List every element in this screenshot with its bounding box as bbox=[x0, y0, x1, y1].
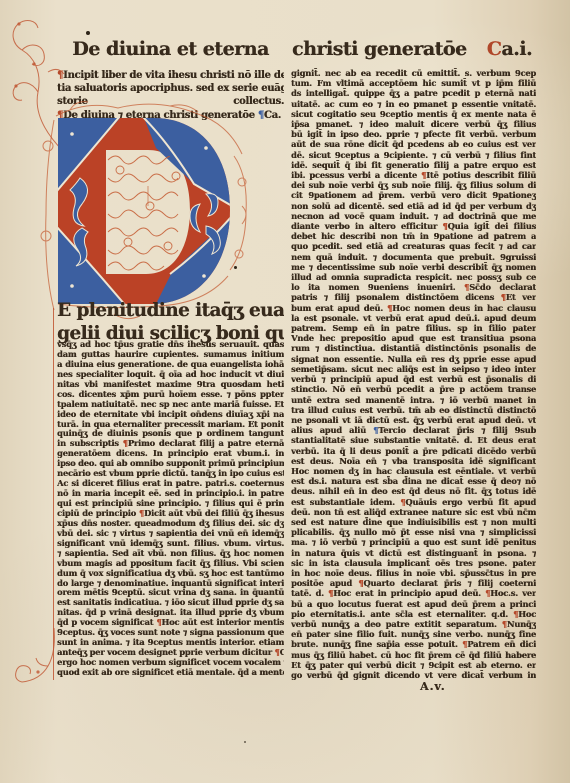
text-line: nō in maria incepit eē. sed in principio… bbox=[57, 489, 284, 499]
text-line: diante verbo in altero efficitur ¶Quia i… bbox=[291, 221, 536, 231]
text-line: bū igit̄ in ipso deo. pprie ⁊ pfecte fit… bbox=[291, 129, 536, 139]
text-line: 9ceptus. q̄ʒ voces sunt note ⁊ signa pas… bbox=[57, 628, 284, 638]
text-line: dei sub noīe verbi q̄ʒ sub noīe filij. q… bbox=[291, 180, 536, 190]
text-line: nitas. q̄d p vrinā designat̄. ita illud … bbox=[57, 608, 284, 618]
large-line: E plenitudine itaq̄ʒ euan bbox=[57, 299, 284, 322]
text-line: ergo hoc nomen verbum significet vocem v… bbox=[57, 658, 284, 668]
text-line: me ⁊ decentissime sub noīe verbi describ… bbox=[291, 262, 536, 272]
running-header-right: christi generatōe Ca.i. bbox=[292, 38, 535, 60]
text-line: patris ⁊ filij psonalem distinctōem dice… bbox=[291, 292, 536, 302]
ink-speck bbox=[86, 31, 90, 35]
pilcrow-mark: ¶ bbox=[442, 221, 447, 231]
text-line: Et q̄ʒ pater qui verbū dicit ⁊ 9cipit es… bbox=[291, 660, 536, 670]
text-line: sed est nature d̄ine que indiuisibilis e… bbox=[291, 517, 536, 527]
pilcrow-mark: ¶ bbox=[275, 648, 280, 657]
illuminated-initial-d bbox=[20, 86, 252, 323]
text-line: go verbū q̄d gignit dicendo vt vere dica… bbox=[291, 670, 536, 680]
text-line: qui est principiū sine principio. ⁊ fili… bbox=[57, 499, 284, 509]
pilcrow-mark: ¶ bbox=[485, 588, 490, 598]
text-line: est sanitatis indicatiua. ⁊ iōo sicut il… bbox=[57, 598, 284, 608]
text-line: idē. sequit̄ q̄ ibi fit generatio filij … bbox=[291, 160, 536, 170]
pilcrow-mark: ¶ bbox=[328, 588, 333, 598]
text-line: q̄d p vocem significat̄ ¶Hoc aūt est int… bbox=[57, 618, 284, 628]
text-line: ipso deo. qui ab omnibo supponit̄ primū … bbox=[57, 459, 284, 469]
text-line: cit 9pationem ad p̄rem. verbū vero dicit… bbox=[291, 190, 536, 200]
text-line: sicut cogitatio seu 9ceptio mentis q̄ ex… bbox=[291, 109, 536, 119]
text-line: vbū dei. sic ⁊ virtus ⁊ sapientia dei vn… bbox=[57, 529, 284, 539]
pilcrow-mark: ¶ bbox=[513, 609, 518, 619]
text-line: positōe apud ¶Quarto declarat p̄ris ⁊ fi… bbox=[291, 578, 536, 588]
text-line: nes specialiter loquit̄. q̄ oīa ad hoc i… bbox=[57, 370, 284, 380]
text-line: rum ⁊ distinctiua. distantiā distinctōni… bbox=[291, 343, 536, 353]
text-line: debet hic describi non tm̄ in 9patione a… bbox=[291, 231, 536, 241]
text-line: ip̄sa pmanet. ⁊ ideo maluit dicere verbū… bbox=[291, 119, 536, 129]
text-line: uitatē. ac cum eo ⁊ in eo pmanet p essen… bbox=[291, 99, 536, 109]
text-line: significant vnū idemq̄ʒ sunt. filius. vb… bbox=[57, 539, 284, 549]
text-line: signat non essentie. Nulla en̄ res dʒ pp… bbox=[291, 354, 536, 364]
text-line: nem quā induit. ⁊ documenta que prebuit.… bbox=[291, 252, 536, 262]
pilcrow-mark: ¶ bbox=[421, 170, 426, 180]
text-line: stantialitatē siue substantie vnitatē. d… bbox=[291, 435, 536, 445]
pilcrow-mark: ¶ bbox=[502, 619, 507, 629]
text-line: turā. in qua eternaliter precessit maria… bbox=[57, 420, 284, 430]
text-line: necārio est vbum pprie dictū. tanq̄ʒ in … bbox=[57, 469, 284, 479]
text-line: tpalem natiuitatē. nec sp nec ante mariā… bbox=[57, 400, 284, 410]
text-line: bum erat apud deū. ¶Hoc nomen deus in ha… bbox=[291, 303, 536, 313]
pilcrow-mark: ¶ bbox=[156, 618, 161, 627]
text-line: dē. sicut 9ceptus a 9cipiente. ⁊ cū verb… bbox=[291, 150, 536, 160]
text-line: bū a quo locutus fuerat est apud deū p̄r… bbox=[291, 599, 536, 609]
text-line: xp̄us dn̄s noster. queadmodum dʒ filius … bbox=[57, 519, 284, 529]
text-line: cos. dicentes xp̄m purū hoīem esse. ⁊ pō… bbox=[57, 390, 284, 400]
text-line: quo pcedit. sed etiā ad creaturas quas f… bbox=[291, 241, 536, 251]
pilcrow-mark: ¶ bbox=[400, 497, 405, 507]
text-line: dam guttas haurire cupientes. sumamus in… bbox=[57, 350, 284, 360]
text-line: deū. non tn̄ est aliq̄d extranee nature … bbox=[291, 507, 536, 517]
text-line: ideo de eternitate vbi incipit on̄dens d… bbox=[57, 410, 284, 420]
pilcrow-mark: ¶ bbox=[387, 303, 392, 313]
text-line: untē extra sed manentē intra. ⁊ iō verbū… bbox=[291, 395, 536, 405]
penwork-flourish-bottom-left bbox=[8, 628, 68, 690]
opening-large-lines: E plenitudine itaq̄ʒ euan gelii diui sci… bbox=[57, 299, 284, 345]
running-header-left: De diuina et eterna bbox=[57, 38, 284, 60]
running-header-right-text: christi generatōe bbox=[292, 38, 467, 60]
text-line: verbū nunq̄ʒ a deo patre extitit separat… bbox=[291, 619, 536, 629]
text-line: cipiū de principio ¶Dicit aūt vbū dei fi… bbox=[57, 509, 284, 519]
text-line: ibi. pcessus verbi a dicente ¶Itē potius… bbox=[291, 170, 536, 180]
text-line: stinctio. Nō en̄ verbū pcedit a p̄re p a… bbox=[291, 384, 536, 394]
pilcrow-mark: ¶ bbox=[358, 578, 363, 588]
pilcrow-mark: ¶ bbox=[373, 425, 378, 435]
pilcrow-mark: ¶ bbox=[464, 282, 469, 292]
text-line: tum. Fm vltimā acceptōem hic sumit̄ vt p… bbox=[291, 78, 536, 88]
ink-speck bbox=[244, 741, 246, 743]
pilcrow-mark: ¶ bbox=[139, 509, 144, 518]
pilcrow-mark: ¶ bbox=[123, 439, 128, 448]
text-line: Ac si diceret filius erat in patre. patr… bbox=[57, 479, 284, 489]
text-line: Vnde hec prepositio apud que est transit… bbox=[291, 333, 536, 343]
text-line: vbum magis ad ppositum facit q̄ʒ filius.… bbox=[57, 559, 284, 569]
text-line: ds intelligat̄. quippe q̄ʒ a patre pcedi… bbox=[291, 88, 536, 98]
left-text-column: vsq̄ʒ ad hoc tp̄us gratie dn̄s ihesus se… bbox=[57, 340, 284, 678]
pilcrow-mark: ¶ bbox=[258, 110, 264, 121]
text-line: sic in ista clausula implicant̄ oēs tres… bbox=[291, 558, 536, 568]
text-line: nitas vbi manifestet̄ maxime 9tra quosda… bbox=[57, 380, 284, 390]
text-line: deus. nihil en̄ in deo est q̄d deus nō f… bbox=[291, 486, 536, 496]
text-line: quinq̄ʒ de diuinis psonis que p ordinem … bbox=[57, 429, 284, 439]
text-line: ne psonali vt iā dictū est. q̄ʒ verbū er… bbox=[291, 415, 536, 425]
text-line: non solū ad dicentē. sed etiā ad id q̄d … bbox=[291, 201, 536, 211]
text-line: est deus. Noīa en̄ ⁊ vba transposita idē… bbox=[291, 456, 536, 466]
text-line: est substantiale idem. ¶Quāuis ergo verb… bbox=[291, 497, 536, 507]
text-line: gignit̄. nec ab ea recedit cū emittit̄. … bbox=[291, 68, 536, 78]
text-line: illud ad omnia supradicta respicit. nec … bbox=[291, 272, 536, 282]
text-line: necnon ad vocē quam induit. ⁊ ad doctrin… bbox=[291, 211, 536, 221]
text-line: patrem. Semp en̄ in patre filius. sp in … bbox=[291, 323, 536, 333]
text-line: mus q̄ʒ filiū habet. cū hoc fit p̄rem cē… bbox=[291, 650, 536, 660]
text-line: pio eternitatis.i. ante sc̄la est eterna… bbox=[291, 609, 536, 619]
text-line: in hoc noīe deus. filius in noīe vbi. sp… bbox=[291, 568, 536, 578]
text-line: in subscriptis ¶Primo declarat filij a p… bbox=[57, 439, 284, 449]
text-line: anteq̄ʒ per vocem designet̄ pprie verbum… bbox=[57, 648, 284, 658]
text-line: la est psonale. vt verbū erat apud deū.i… bbox=[291, 313, 536, 323]
text-line: dum q̄ vox significatiua dʒ vbū. sʒ hoc … bbox=[57, 569, 284, 579]
text-line: quod exit ab ore significet etiā mentale… bbox=[57, 668, 284, 678]
pilcrow-mark: ¶ bbox=[462, 639, 467, 649]
text-line: aūt de sua rōne dicit q̄d pcedens ab eo … bbox=[291, 139, 536, 149]
text-line: verbū ⁊ principiū apud q̄d est verbū est… bbox=[291, 374, 536, 384]
text-line: ¶Incipit liber de vita ihesu christi nō … bbox=[57, 69, 284, 82]
text-line: generatōem dicens. In principio erat vbu… bbox=[57, 449, 284, 459]
text-line: verbū. ita q̄ li deus ponit̄ a p̄re pdic… bbox=[291, 446, 536, 456]
text-line: ⁊ sapientia. Sed aīt vbū. non filius. q̄… bbox=[57, 549, 284, 559]
text-line: orem mētis 9ceptū. sicut vrina dʒ sana. … bbox=[57, 588, 284, 598]
text-line: ma. ⁊ iō verbū ⁊ principiū a quo est sun… bbox=[291, 537, 536, 547]
text-line: sunt in anima. ⁊ ita 9ceptus mentis inte… bbox=[57, 638, 284, 648]
incunable-page: De diuina et eterna christi generatōe Ca… bbox=[0, 0, 570, 783]
quire-signature: A.v. bbox=[420, 680, 445, 693]
text-line: semetip̄sam. sicut nec aliq̄s est in sei… bbox=[291, 364, 536, 374]
text-line: plicabilis. q̄ʒ nullo mō p̄t esse nisi v… bbox=[291, 527, 536, 537]
text-line: vsq̄ʒ ad hoc tp̄us gratie dn̄s ihesus se… bbox=[57, 340, 284, 350]
text-line: do large ⁊ denominatiue. inquantū signif… bbox=[57, 579, 284, 589]
text-line: a diuina eius generatione. de qua euange… bbox=[57, 360, 284, 370]
pilcrow-mark: ¶ bbox=[501, 292, 506, 302]
text-line: tra illud cuius est verbū. tm̄ ab eo dis… bbox=[291, 405, 536, 415]
penwork-margin-line bbox=[53, 308, 54, 680]
text-line: Hoc nomen dʒ in hac clausula est eēntial… bbox=[291, 466, 536, 476]
chapter-number: Ca.i. bbox=[487, 38, 532, 60]
right-text-column: gignit̄. nec ab ea recedit cū emittit̄. … bbox=[291, 68, 536, 680]
text-line: en̄ pater sine filio fuit. nunq̄ʒ sine v… bbox=[291, 629, 536, 639]
text-line: alius apud aliū ¶Tercio declarat p̄ris ⁊… bbox=[291, 425, 536, 435]
text-line: est ds.i. natura est sb̄a d̄ina ne dicat… bbox=[291, 476, 536, 486]
text-line: brute. nunq̄ʒ fine sap̄ia esse potuit. ¶… bbox=[291, 639, 536, 649]
text-line: lo ita nomen 9ueniens inueniri. ¶Sc̄do d… bbox=[291, 282, 536, 292]
text-line: in natura q̄uis vt dictū est distinguant… bbox=[291, 548, 536, 558]
initial-counter-penwork bbox=[108, 156, 180, 270]
text-line: tatē. d. ¶Hoc erat in principio apud deū… bbox=[291, 588, 536, 598]
